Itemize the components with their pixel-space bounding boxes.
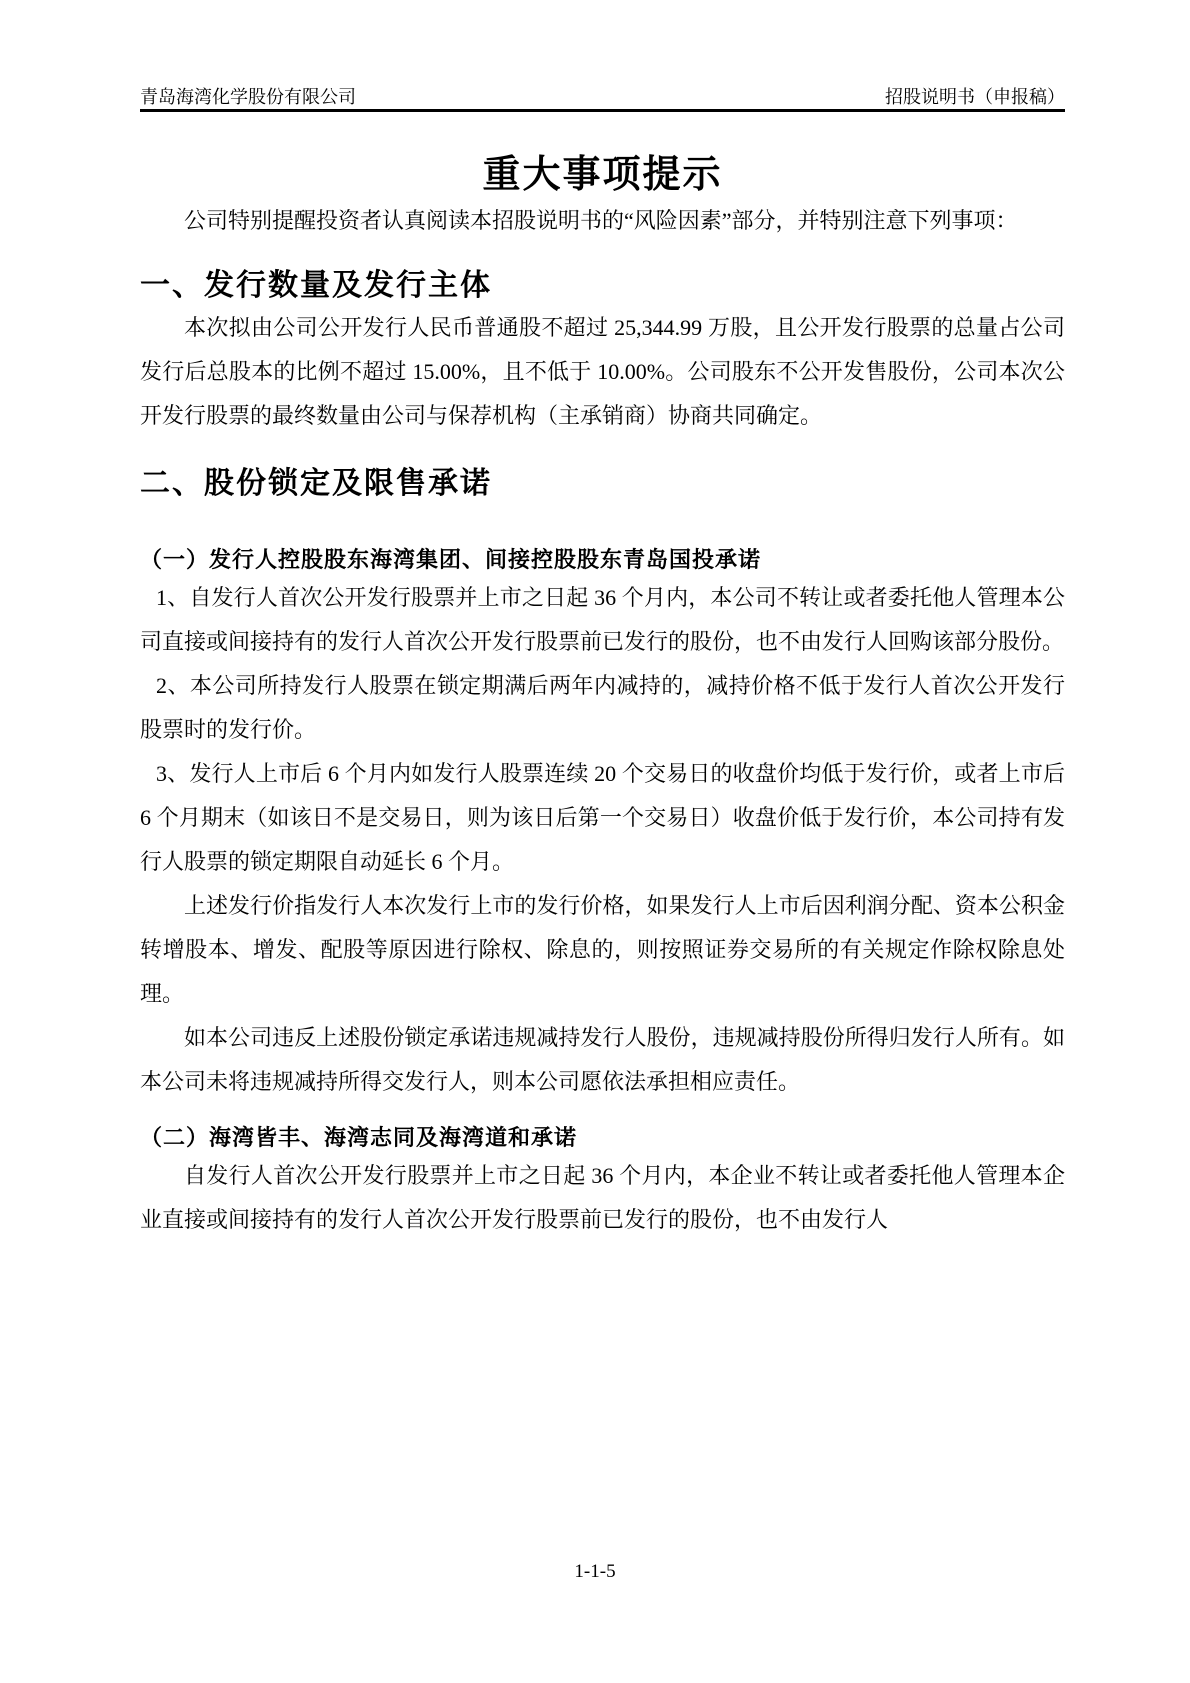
subsection-1-paragraph-3: 3、发行人上市后 6 个月内如发行人股票连续 20 个交易日的收盘价均低于发行价…: [140, 752, 1065, 884]
header-rule: [140, 109, 1065, 112]
section-1-paragraph: 本次拟由公司公开发行人民币普通股不超过 25,344.99 万股，且公开发行股票…: [140, 306, 1065, 438]
page-footer: 1-1-5: [0, 1561, 1190, 1583]
subsection-1-paragraph-4: 上述发行价指发行人本次发行上市的发行价格，如果发行人上市后因利润分配、资本公积金…: [140, 884, 1065, 1016]
intro-paragraph: 公司特别提醒投资者认真阅读本招股说明书的“风险因素”部分，并特别注意下列事项：: [140, 199, 1065, 243]
document-page: 青岛海湾化学股份有限公司 招股说明书（申报稿） 重大事项提示 公司特别提醒投资者…: [0, 0, 1190, 1683]
page-header: 青岛海湾化学股份有限公司 招股说明书（申报稿）: [140, 0, 1065, 108]
subsection-1-paragraph-1: 1、自发行人首次公开发行股票并上市之日起 36 个月内，本公司不转让或者委托他人…: [140, 576, 1065, 664]
section-2-heading: 二、股份锁定及限售承诺: [140, 464, 1065, 504]
subsection-1-paragraph-2: 2、本公司所持发行人股票在锁定期满后两年内减持的，减持价格不低于发行人首次公开发…: [140, 664, 1065, 752]
header-doc-type: 招股说明书（申报稿）: [885, 87, 1065, 108]
header-company: 青岛海湾化学股份有限公司: [140, 87, 356, 108]
subsection-1-paragraph-5: 如本公司违反上述股份锁定承诺违规减持发行人股份，违规减持股份所得归发行人所有。如…: [140, 1016, 1065, 1104]
doc-title: 重大事项提示: [140, 151, 1065, 199]
page-number: 1-1-5: [574, 1561, 615, 1582]
section-1-heading: 一、发行数量及发行主体: [140, 266, 1065, 306]
subsection-2-heading: （二）海湾皆丰、海湾志同及海湾道和承诺: [140, 1122, 1065, 1154]
subsection-1-heading: （一）发行人控股股东海湾集团、间接控股股东青岛国投承诺: [140, 544, 1065, 576]
subsection-2-paragraph-1: 自发行人首次公开发行股票并上市之日起 36 个月内，本企业不转让或者委托他人管理…: [140, 1154, 1065, 1242]
